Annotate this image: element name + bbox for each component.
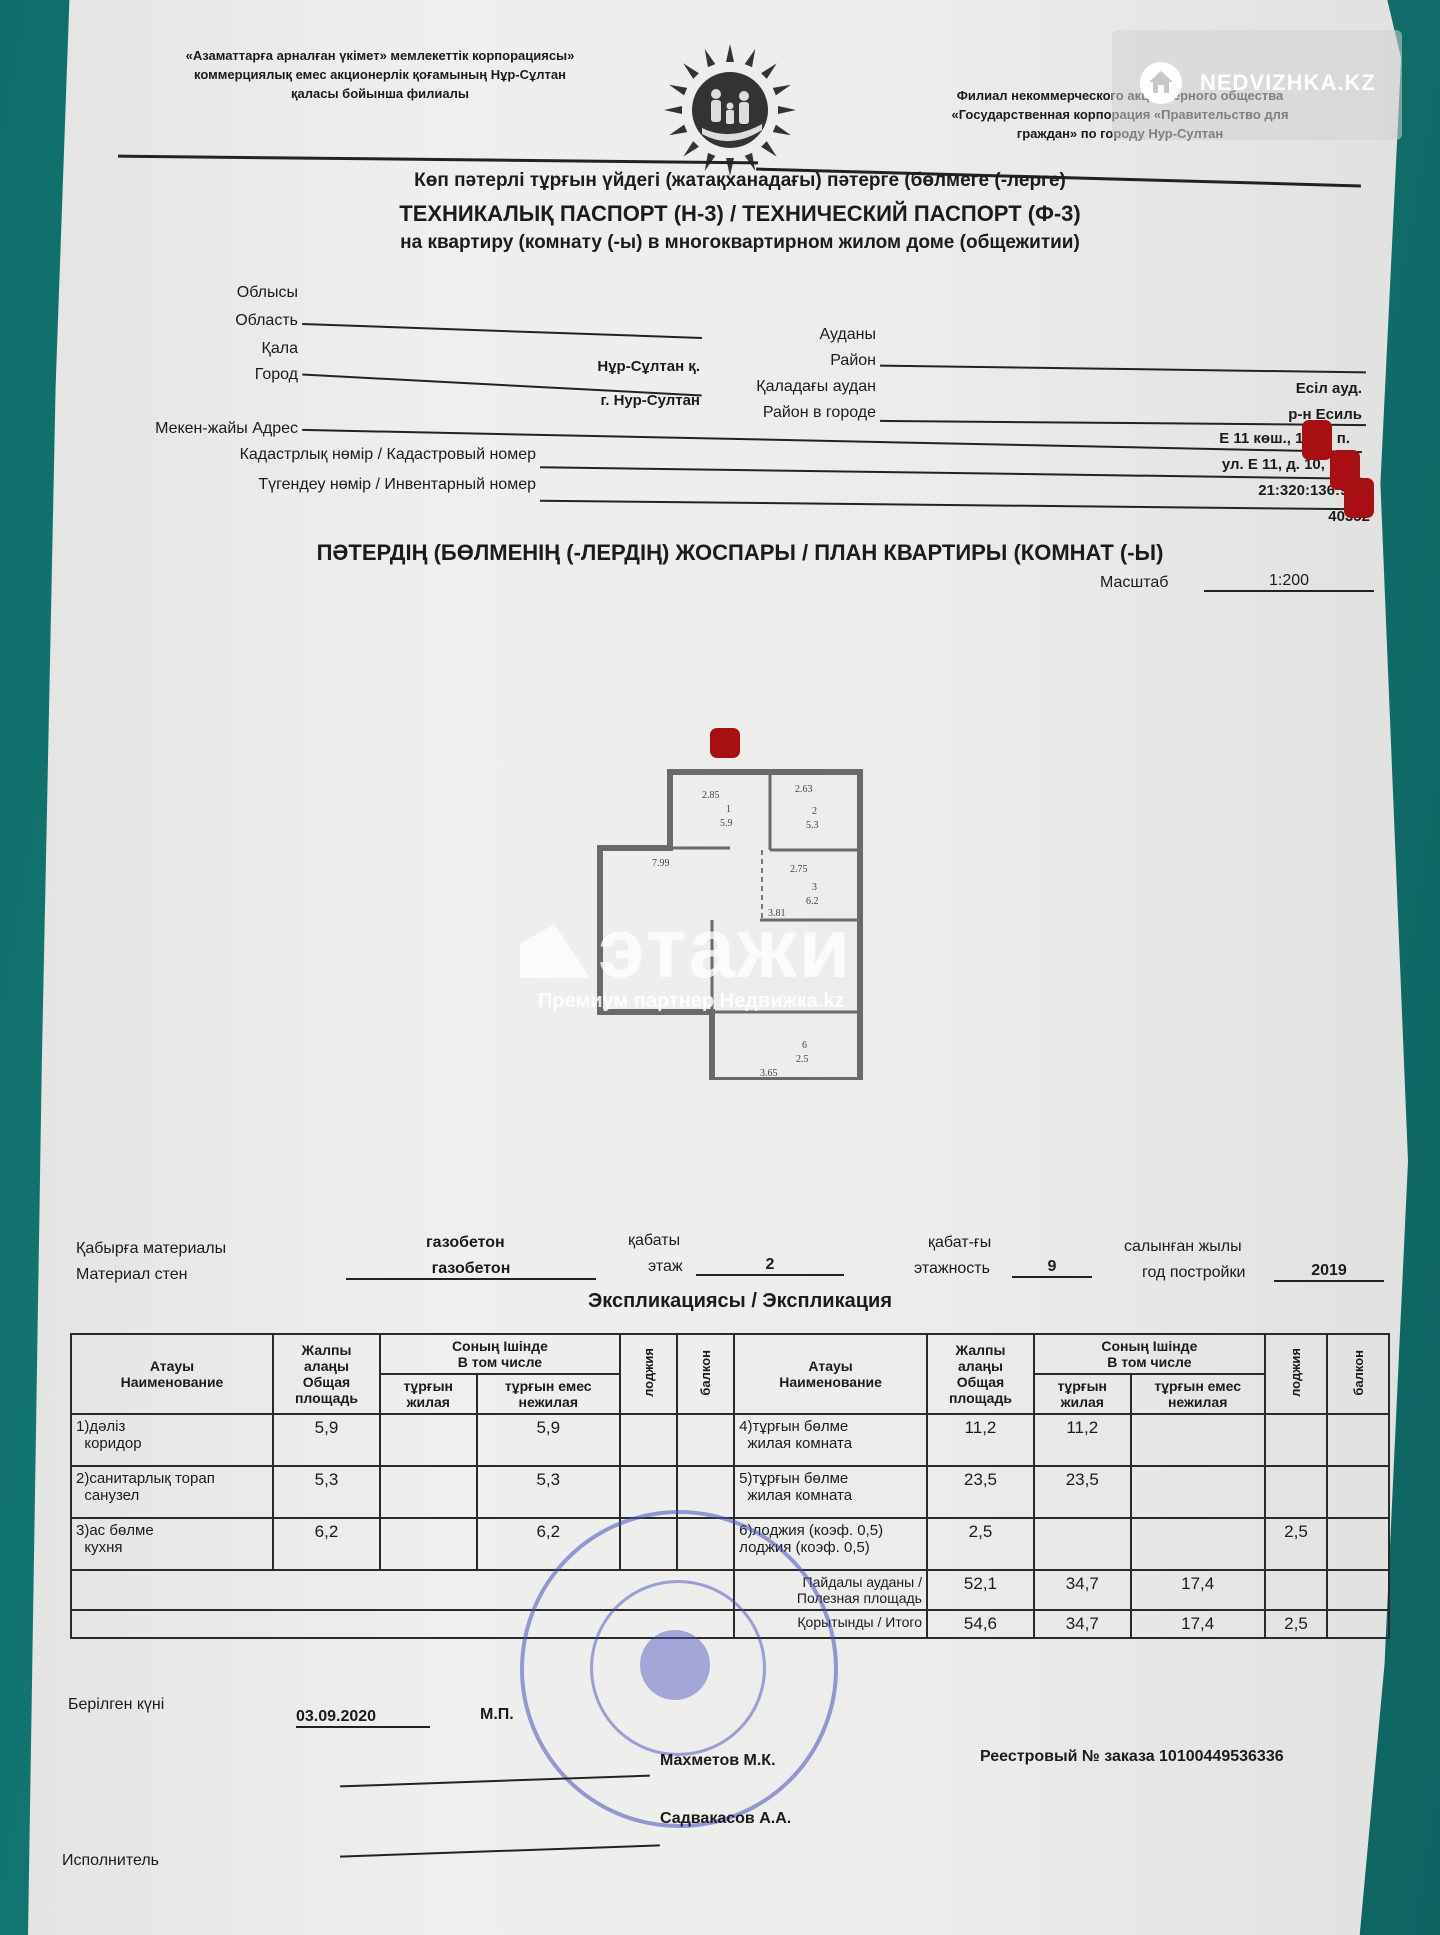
col-name-header: АтауыНаименование xyxy=(71,1334,273,1414)
issued-date: 03.09.2020 xyxy=(296,1708,430,1728)
svg-text:7.99: 7.99 xyxy=(652,858,670,869)
col-loggia-header: лоджия xyxy=(620,1334,677,1414)
floor-label-ru: этаж xyxy=(648,1258,683,1276)
svg-text:2.85: 2.85 xyxy=(702,790,720,801)
floors-value: 9 xyxy=(1012,1258,1092,1278)
cadastral-value: 21:320:136:986: xyxy=(1030,482,1370,499)
year-label-ru: год постройки xyxy=(1142,1264,1245,1282)
table-row: 2)санитарлық торап санузел 5,3 5,3 5)тұр… xyxy=(71,1466,1389,1518)
floors-label-kz: қабат-ғы xyxy=(928,1234,991,1252)
oblast-label-kz: Облысы xyxy=(150,284,298,302)
svg-text:6: 6 xyxy=(802,1040,807,1051)
signer-2: Садвакасов А.А. xyxy=(660,1810,791,1828)
district-label-kz: Ауданы xyxy=(700,326,876,344)
cadastral-label: Кадастрлық нөмір / Кадастровый номер xyxy=(100,446,536,464)
inventory-label: Түгендеу нөмір / Инвентарный номер xyxy=(100,476,536,494)
svg-text:5.3: 5.3 xyxy=(806,820,819,831)
oblast-label-ru: Область xyxy=(150,312,298,330)
svg-text:3.65: 3.65 xyxy=(760,1068,778,1079)
etazhi-watermark-subtitle: Премиум партнер Недвижка.kz xyxy=(538,990,845,1013)
floor-label-kz: қабаты xyxy=(628,1232,680,1250)
stamp-emblem-icon xyxy=(640,1630,710,1700)
address-label: Мекен-жайы Адрес xyxy=(100,420,298,438)
nedvizhka-watermark-text: NEDVIZHKA.KZ xyxy=(1200,70,1376,96)
city-district-value-kz: Есіл ауд. xyxy=(1100,380,1362,397)
city-label-ru: Город xyxy=(150,366,298,384)
scale-label: Масштаб xyxy=(1100,574,1168,592)
svg-text:2.63: 2.63 xyxy=(795,784,813,795)
col-incl-header: Соның ІшіндеВ том числе xyxy=(380,1334,620,1374)
svg-text:1: 1 xyxy=(726,804,731,815)
stamp-place-label: М.П. xyxy=(480,1706,514,1724)
svg-text:2.5: 2.5 xyxy=(796,1054,809,1065)
plan-title: ПӘТЕРДІҢ (БӨЛМЕНІҢ (-ЛЕРДІҢ) ЖОСПАРЫ / П… xyxy=(230,540,1250,566)
svg-text:2.75: 2.75 xyxy=(790,864,808,875)
year-value: 2019 xyxy=(1274,1262,1384,1282)
org-kz-line3: қаласы бойынша филиалы xyxy=(120,84,640,103)
doc-title-line1: Көп пәтерлі тұрғын үйдегі (жатақханадағы… xyxy=(300,170,1180,192)
sun-family-hand-logo-icon xyxy=(650,38,810,178)
scale-value: 1:200 xyxy=(1204,572,1374,592)
wall-label-ru: Материал стен xyxy=(76,1266,188,1284)
table-header-row: АтауыНаименование ЖалпыалаңыОбщаяплощадь… xyxy=(71,1334,1389,1374)
redaction-mark xyxy=(710,728,740,758)
redaction-mark xyxy=(1302,420,1332,460)
svg-text:2: 2 xyxy=(812,806,817,817)
col-total-header: ЖалпыалаңыОбщаяплощадь xyxy=(273,1334,380,1414)
registry-number: Реестровый № заказа 10100449536336 xyxy=(980,1748,1284,1766)
redaction-mark xyxy=(1344,478,1374,518)
inventory-value: 40352 xyxy=(1030,508,1370,525)
svg-text:3: 3 xyxy=(812,882,817,893)
floor-value: 2 xyxy=(696,1256,844,1276)
doc-title-line3: на квартиру (комнату (-ы) в многоквартир… xyxy=(300,232,1180,254)
explication-title: Экспликациясы / Экспликация xyxy=(460,1290,1020,1313)
col-incl-header-2: Соның ІшіндеВ том числе xyxy=(1034,1334,1265,1374)
col-loggia-header-2: лоджия xyxy=(1265,1334,1327,1414)
district-label-ru: Район xyxy=(700,352,876,370)
org-kz-line1: «Азаматтарға арналған үкімет» мемлекетті… xyxy=(120,46,640,65)
city-value-kz: Нұр-Сұлтан қ. xyxy=(460,358,700,375)
wall-label-kz: Қабырға материалы xyxy=(76,1240,226,1258)
org-kz-line2: коммерциялық емес акционерлік қоғамының … xyxy=(120,65,640,84)
doc-title-main: ТЕХНИКАЛЫҚ ПАСПОРТ (Н-3) / ТЕХНИЧЕСКИЙ П… xyxy=(300,201,1180,227)
col-total-header-2: ЖалпыалаңыОбщаяплощадь xyxy=(927,1334,1034,1414)
table-row: 1)дәліз коридор 5,9 5,9 4)тұрғын бөлме ж… xyxy=(71,1414,1389,1466)
executor-label: Исполнитель xyxy=(62,1852,159,1870)
col-balcony-header-2: балкон xyxy=(1327,1334,1389,1414)
year-label-kz: салынған жылы xyxy=(1124,1238,1242,1256)
col-balcony-header: балкон xyxy=(677,1334,734,1414)
wall-value-ru: газобетон xyxy=(346,1260,596,1280)
house-icon xyxy=(1140,62,1182,104)
city-label-kz: Қала xyxy=(150,340,298,358)
address-value-ru: ул. Е 11, д. 10, кв. xyxy=(1030,456,1350,473)
etazhi-watermark: этажи xyxy=(598,900,852,997)
org-name-kz: «Азаматтарға арналған үкімет» мемлекетті… xyxy=(120,46,640,103)
city-district-label-kz: Қаладағы аудан xyxy=(700,378,876,396)
building-icon xyxy=(520,918,590,988)
svg-text:5.9: 5.9 xyxy=(720,818,733,829)
issued-label: Берілген күні xyxy=(68,1696,164,1714)
col-name-header-2: АтауыНаименование xyxy=(734,1334,927,1414)
city-district-label-ru: Район в городе xyxy=(700,404,876,422)
city-value-ru: г. Нур-Султан xyxy=(460,392,700,409)
wall-value-kz: газобетон xyxy=(426,1234,505,1252)
signer-1: Махметов М.К. xyxy=(660,1752,776,1770)
floors-label-ru: этажность xyxy=(914,1260,990,1278)
